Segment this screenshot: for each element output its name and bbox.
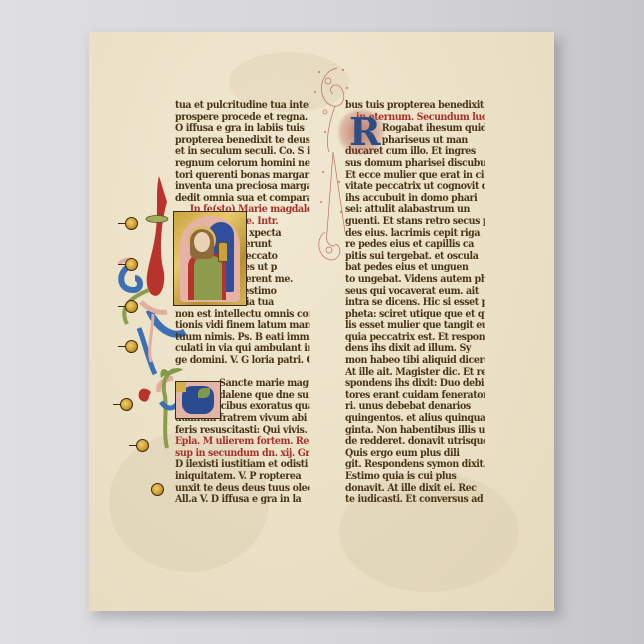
text-line: tori querenti bonas margaritas bbox=[175, 170, 309, 182]
gold-dot-ornament bbox=[125, 300, 138, 313]
leaf-icon bbox=[198, 388, 210, 398]
text-line: quingentos. et alius quinqua bbox=[345, 413, 485, 425]
text-line: regnum celorum homini negocia bbox=[175, 158, 309, 170]
text-line: culati in via qui ambulant in le bbox=[175, 343, 309, 355]
illuminated-initial-magdalene bbox=[173, 211, 247, 306]
text-line: tuum nimis. Ps. B eati imma bbox=[175, 332, 309, 344]
text-line: unxit te deus deus tuus oleo letitie. bbox=[175, 483, 309, 495]
text-line: Estimo quia is cui plus bbox=[345, 471, 485, 483]
manuscript-poster: tua et pulcritudine tua intende prospere… bbox=[89, 32, 554, 611]
text-line: ihs accubuit in domo phari bbox=[345, 193, 485, 205]
text-line: et in seculum seculi. Co. S imile e bbox=[175, 146, 309, 158]
text-line: ginta. Non habentibus illis un bbox=[345, 425, 485, 437]
text-line: seus qui vocaverat eum. ait bbox=[345, 286, 485, 298]
decorated-initial-r: R bbox=[343, 112, 381, 152]
text-line: tores erant cuidam feneratori bbox=[345, 390, 485, 402]
text-line: git. Respondens symon dixit. bbox=[345, 459, 485, 471]
text-line: guenti. Et stans retro secus pe bbox=[345, 216, 485, 228]
text-line: te iudicasti. Et conversus ad bbox=[345, 494, 485, 506]
gold-dot-ornament bbox=[125, 340, 138, 353]
text-line: ge domini. V. G loria patri. Oro. bbox=[175, 355, 309, 367]
rubric-line: sup in secundum dn. xij. Gr. bbox=[175, 448, 309, 460]
text-line: iniquitatem. V. P ropterea bbox=[175, 471, 309, 483]
text-line: to ungebat. Videns autem phari bbox=[345, 274, 485, 286]
text-line: prospere procede et regna. Offr. bbox=[175, 112, 309, 124]
text-line: bat pedes eius et unguen bbox=[345, 262, 485, 274]
text-line: All.a V. D iffusa e gra in la bbox=[175, 494, 309, 506]
text-line: inventa una preciosa margarita bbox=[175, 181, 309, 193]
saint-face bbox=[194, 232, 210, 252]
text-line: des eius. lacrimis cepit riga bbox=[345, 228, 485, 240]
text-line: Et ecce mulier que erat in ci bbox=[345, 170, 485, 182]
text-line: tua et pulcritudine tua intende bbox=[175, 100, 309, 112]
text-line: de redderet. donavit utrisque. bbox=[345, 436, 485, 448]
initial-gold-corner bbox=[176, 382, 186, 392]
text-line: Quis ergo eum plus dili bbox=[345, 448, 485, 460]
ointment-jar-icon bbox=[218, 242, 228, 262]
gold-dot-ornament bbox=[125, 217, 138, 230]
gold-dot-ornament bbox=[151, 483, 164, 496]
text-line: feris resuscitasti: Qui vivis. bbox=[175, 425, 309, 437]
text-line: dedit omnia sua et comparavit ea. bbox=[175, 193, 309, 205]
text-line: quia peccatrix est. Et respon bbox=[345, 332, 485, 344]
text-line: ri. unus debebat denarios bbox=[345, 401, 485, 413]
text-line: O iffusa e gra in labiis tuis bbox=[175, 123, 309, 135]
text-line: tionis vidi finem latum mandatum bbox=[175, 320, 309, 332]
text-line: intra se dicens. Hic si esset p bbox=[345, 297, 485, 309]
text-line: donavit. At ille dixit ei. Rec bbox=[345, 483, 485, 495]
text-line: D ilexisti iustitiam et odisti bbox=[175, 459, 309, 471]
text-line: vitate peccatrix ut cognovit q bbox=[345, 181, 485, 193]
gold-dot-ornament bbox=[125, 258, 138, 271]
text-line: pitis sui tergebat. et oscula bbox=[345, 251, 485, 263]
text-line: sei: attulit alabastrum un bbox=[345, 204, 485, 216]
gold-dot-ornament bbox=[136, 439, 149, 452]
right-text-column: bus tuis propterea benedixit te deus in … bbox=[345, 100, 497, 506]
text-line: re pedes eius et capillis ca bbox=[345, 239, 485, 251]
text-line: At ille ait. Magister dic. Et re bbox=[345, 367, 485, 379]
text-line: sus domum pharisei discubuit bbox=[345, 158, 485, 170]
text-line: dens ihs dixit ad illum. Sy bbox=[345, 343, 485, 355]
text-line: propterea benedixit te deus meum bbox=[175, 135, 309, 147]
text-line: spondens ihs dixit: Duo debi bbox=[345, 378, 485, 390]
initial-letter: R bbox=[349, 112, 381, 152]
saint-robe bbox=[194, 256, 222, 300]
text-line: non est intellectu omnis consuma bbox=[175, 309, 309, 321]
small-illuminated-initial bbox=[175, 381, 221, 419]
rubric-line: Epla. M ulierem fortem. Re bbox=[175, 436, 309, 448]
gold-dot-ornament bbox=[120, 398, 133, 411]
text-line: lis esset mulier que tangit eu. bbox=[345, 320, 485, 332]
text-line: pheta: sciret utique que et qua bbox=[345, 309, 485, 321]
text-line: mon habeo tibi aliquid dicere. bbox=[345, 355, 485, 367]
